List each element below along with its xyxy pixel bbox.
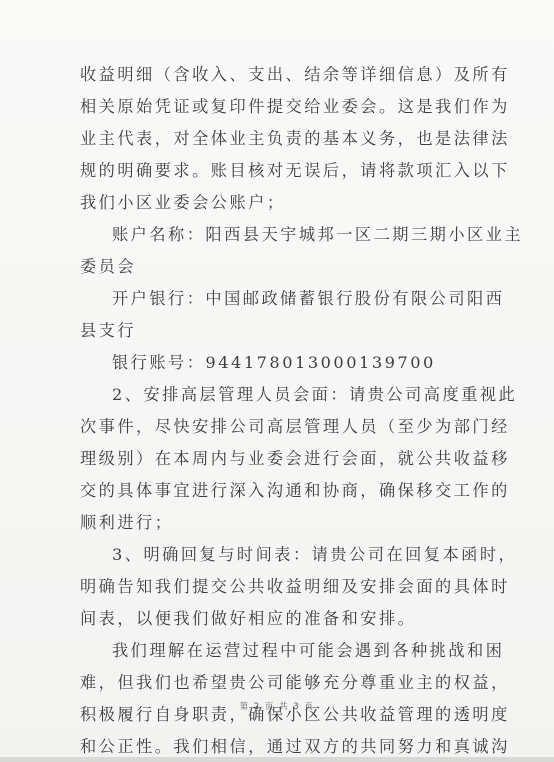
text-line-4: 规的明确要求。账目核对无误后，请将款项汇入以下 bbox=[80, 161, 455, 181]
text-line-7: 委员会 bbox=[80, 257, 455, 277]
text-line-17: 明确告知我们提交公共收益明细及安排会面的具体时 bbox=[80, 577, 455, 597]
text-line-19: 我们理解在运营过程中可能会遇到各种挑战和困 bbox=[112, 641, 455, 661]
text-line-14: 交的具体事宜进行深入沟通和协商，确保移交工作的 bbox=[80, 481, 455, 501]
text-line-13: 理级别）在本周内与业委会进行会面，就公共收益移 bbox=[80, 449, 455, 469]
bank-name-line: 开户银行：中国邮政储蓄银行股份有限公司阳西 bbox=[112, 289, 455, 309]
text-line-18: 间表，以便我们做好相应的准备和安排。 bbox=[80, 609, 455, 629]
text-line-3: 业主代表，对全体业主负责的基本义务，也是法律法 bbox=[80, 129, 455, 149]
document-page: 收益明细（含收入、支出、结余等详细信息）及所有 相关原始凭证或复印件提交给业委会… bbox=[0, 0, 554, 762]
text-line-1: 收益明细（含收入、支出、结余等详细信息）及所有 bbox=[80, 65, 455, 85]
page-bottom-edge bbox=[0, 757, 554, 762]
text-line-2: 相关原始凭证或复印件提交给业委会。这是我们作为 bbox=[80, 97, 455, 117]
text-line-5: 我们小区业委会公账户； bbox=[80, 193, 455, 213]
text-line-22: 和公正性。我们相信，通过双方的共同努力和真诚沟 bbox=[80, 737, 455, 757]
text-line-12: 次事件，尽快安排公司高层管理人员（至少为部门经 bbox=[80, 417, 455, 437]
item-3-line: 3、明确回复与时间表：请贵公司在回复本函时， bbox=[112, 545, 455, 565]
text-line-20: 难，但我们也希望贵公司能够充分尊重业主的权益， bbox=[80, 673, 455, 693]
text-line-15: 顺利进行； bbox=[80, 513, 455, 533]
text-line-9: 县支行 bbox=[80, 321, 455, 341]
account-name-line: 账户名称：阳西县天宇城邦一区二期三期小区业主 bbox=[112, 225, 455, 245]
item-2-line: 2、安排高层管理人员会面：请贵公司高度重视此 bbox=[112, 385, 455, 405]
account-number-line: 银行账号：944178013000139700 bbox=[112, 353, 455, 373]
page-footer: 第 2 页 共 3 页 bbox=[0, 700, 554, 712]
